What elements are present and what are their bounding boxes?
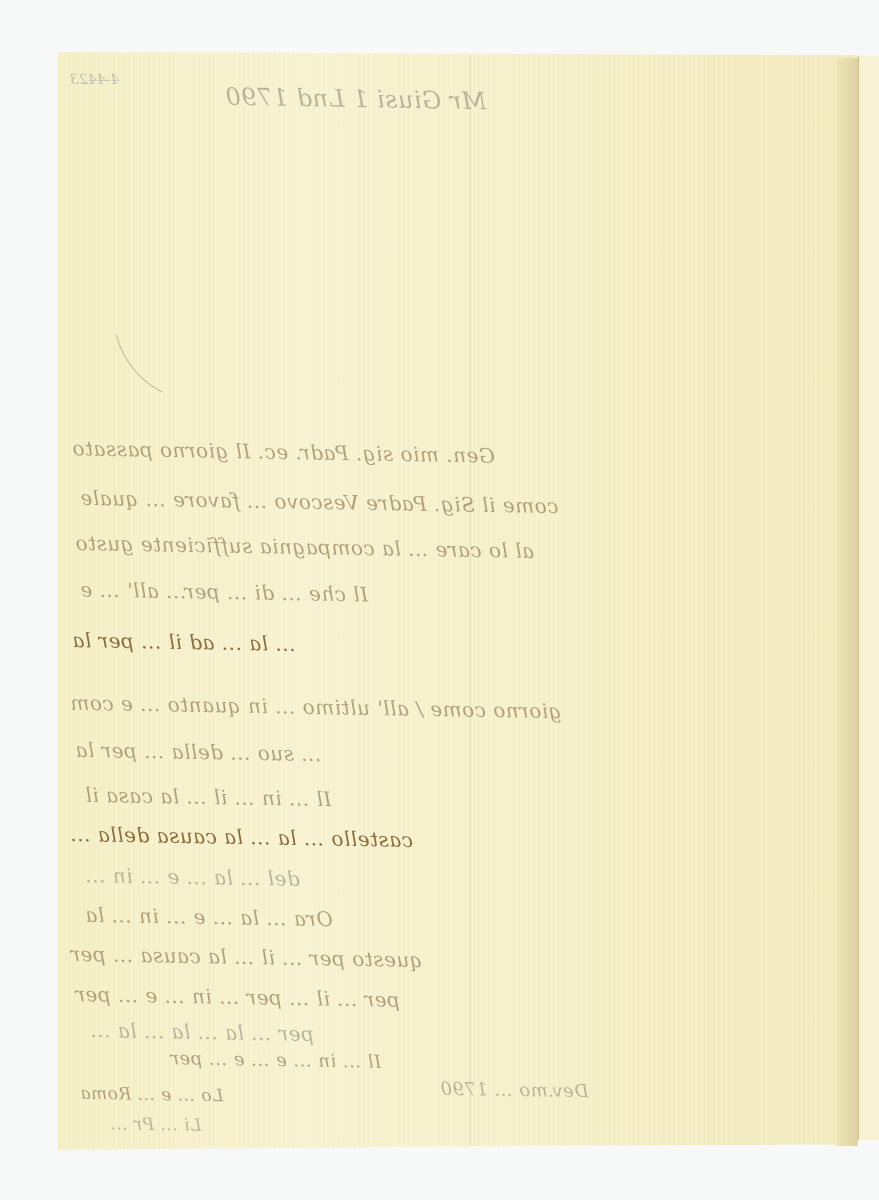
paper-crease xyxy=(470,55,471,1145)
body-line: Ora ... la ... e ... in ... la xyxy=(85,903,333,931)
fold-shadow xyxy=(836,58,858,1146)
header-line: Mr Giusi 1 Lnd 1790 xyxy=(225,83,487,116)
folded-page-strip xyxy=(858,56,879,1140)
catalog-mark: 4-4423 xyxy=(70,72,119,88)
body-line: ... la ... ad il ... per la xyxy=(72,628,296,656)
body-line: ... suo ... della ... per la xyxy=(75,738,322,766)
closing-line: Lo ... e ... Roma xyxy=(80,1084,224,1107)
body-line: Il ... in ... il ... la casa il xyxy=(85,783,332,811)
closing-line: Il ... in ... e ... e ... per xyxy=(170,1048,382,1073)
body-line: del ... la ... e ... in ... xyxy=(85,863,300,891)
body-line: Il che ... di ... per... all' ... e xyxy=(80,577,369,606)
closing-line: Dev.mo ... 1790 xyxy=(440,1079,589,1103)
body-line: per ... la ... la ... la ... xyxy=(90,1018,314,1046)
closing-line: Li ... Pr ... xyxy=(110,1114,202,1136)
